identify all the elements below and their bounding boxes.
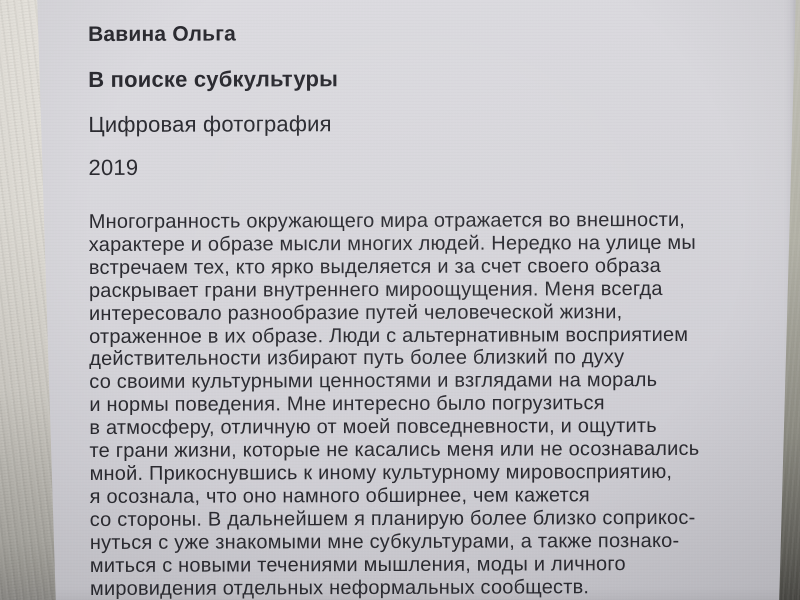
artist-name: Вавина Ольга	[88, 21, 772, 47]
statement-line: со стороны. В дальнейшем я планирую боле…	[90, 506, 774, 531]
label-text-block: Вавина Ольга В поиске субкультуры Цифров…	[88, 21, 774, 600]
statement-line: со своими культурными ценностями и взгля…	[89, 369, 773, 394]
statement-line: те грани жизни, которые не касались меня…	[89, 438, 773, 463]
statement-line: я осознала, что оно намного обширнее, че…	[90, 483, 774, 508]
artist-statement: Многогранность окружающего мира отражает…	[89, 209, 774, 600]
statement-line: действительности избирают путь более бли…	[89, 346, 773, 371]
statement-line: и нормы поведения. Мне интересно было по…	[89, 392, 773, 417]
statement-line: интересовало разнообразие путей человече…	[89, 300, 773, 325]
statement-line: мировидения отдельных неформальных сообщ…	[90, 575, 774, 600]
statement-line: Многогранность окружающего мира отражает…	[89, 209, 773, 234]
statement-line: встречаем тех, кто ярко выделяется и за …	[89, 254, 773, 279]
statement-line: раскрывает грани внутреннего мироощущени…	[89, 277, 773, 302]
statement-line: характере и образе мысли многих людей. Н…	[89, 232, 773, 257]
statement-line: в атмосферу, отличную от моей повседневн…	[89, 415, 773, 440]
artwork-medium: Цифровая фотография	[88, 110, 772, 137]
statement-line: отраженное в их образе. Люди с альтернат…	[89, 323, 773, 348]
photo-of-exhibition-label: Вавина Ольга В поиске субкультуры Цифров…	[0, 0, 800, 600]
artwork-year: 2019	[88, 153, 772, 180]
statement-line: нуться с уже знакомыми мне субкультурами…	[90, 529, 774, 554]
exhibition-label-card: Вавина Ольга В поиске субкультуры Цифров…	[0, 0, 800, 600]
artwork-title: В поиске субкультуры	[88, 65, 772, 92]
statement-line: мной. Прикоснувшись к иному культурному …	[90, 461, 774, 486]
statement-line: миться с новыми течениями мышления, моды…	[90, 552, 774, 577]
